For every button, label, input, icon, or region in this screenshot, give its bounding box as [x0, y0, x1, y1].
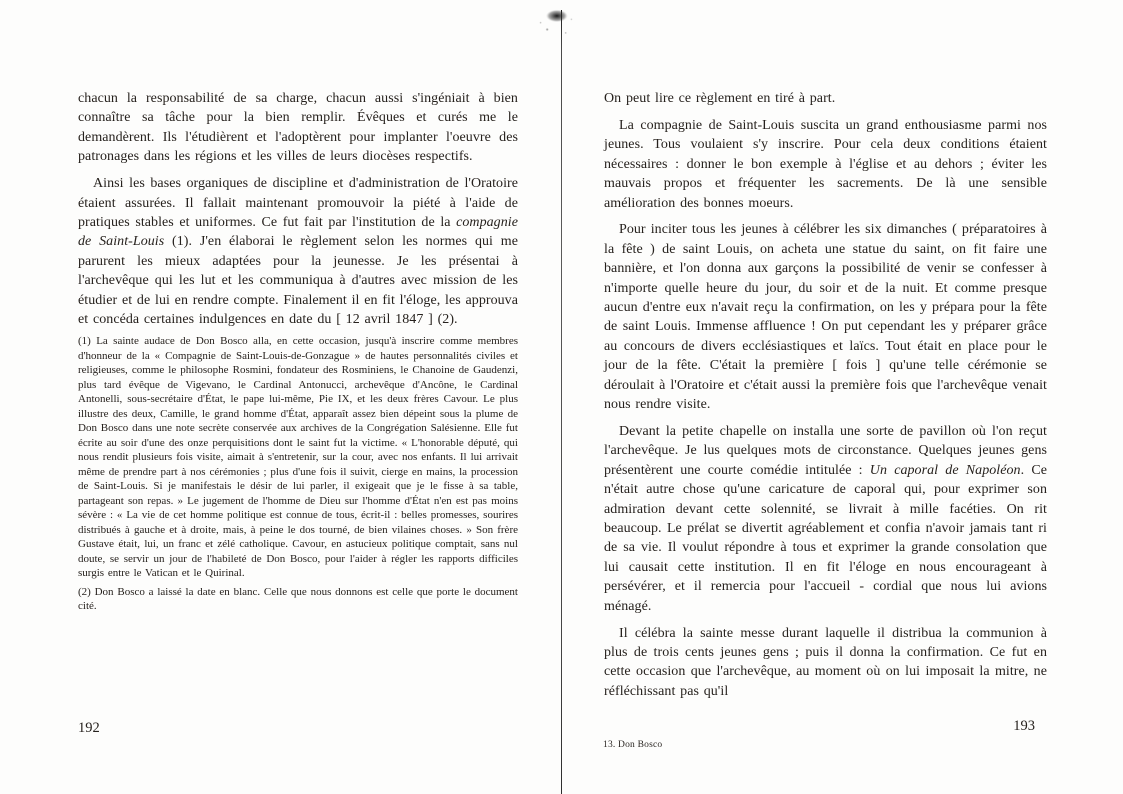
footnote-2: (2) Don Bosco a laissé la date en blanc.…: [78, 585, 518, 614]
paragraph-text: Ainsi les bases organiques de discipline…: [78, 176, 518, 230]
book-spread: chacun la responsabilité de sa charge, c…: [0, 0, 1123, 794]
paragraph: chacun la responsabilité de sa charge, c…: [78, 89, 518, 167]
paragraph-text: . Ce n'était autre chose qu'une caricatu…: [604, 463, 1047, 614]
printers-signature: 13. Don Bosco: [603, 740, 662, 750]
gutter-smudge: [534, 4, 578, 38]
left-page: chacun la responsabilité de sa charge, c…: [78, 89, 518, 614]
gutter-line: [561, 10, 562, 794]
page-number-left: 192: [78, 720, 100, 737]
paragraph: Ainsi les bases organiques de discipline…: [78, 174, 518, 329]
right-page: On peut lire ce règlement en tiré à part…: [604, 89, 1047, 701]
footnotes-section: (1) La sainte audace de Don Bosco alla, …: [78, 334, 518, 614]
paragraph-text: chacun la responsabilité de sa charge, c…: [78, 91, 518, 164]
paragraph: On peut lire ce règlement en tiré à part…: [604, 89, 1047, 108]
paragraph: Il célébra la sainte messe durant laquel…: [604, 624, 1047, 702]
footnote-1: (1) La sainte audace de Don Bosco alla, …: [78, 334, 518, 581]
paragraph: La compagnie de Saint-Louis suscita un g…: [604, 116, 1047, 213]
paragraph-text: La compagnie de Saint-Louis suscita un g…: [604, 118, 1047, 211]
paragraph-text: Pour inciter tous les jeunes à célébrer …: [604, 222, 1047, 412]
page-number-right: 193: [604, 718, 1035, 735]
paragraph: Devant la petite chapelle on installa un…: [604, 422, 1047, 616]
italic-phrase: Un caporal de Napoléon: [870, 463, 1021, 478]
paragraph-text: On peut lire ce règlement en tiré à part…: [604, 91, 835, 106]
paragraph: Pour inciter tous les jeunes à célébrer …: [604, 220, 1047, 414]
paragraph-text: Il célébra la sainte messe durant laquel…: [604, 626, 1047, 699]
